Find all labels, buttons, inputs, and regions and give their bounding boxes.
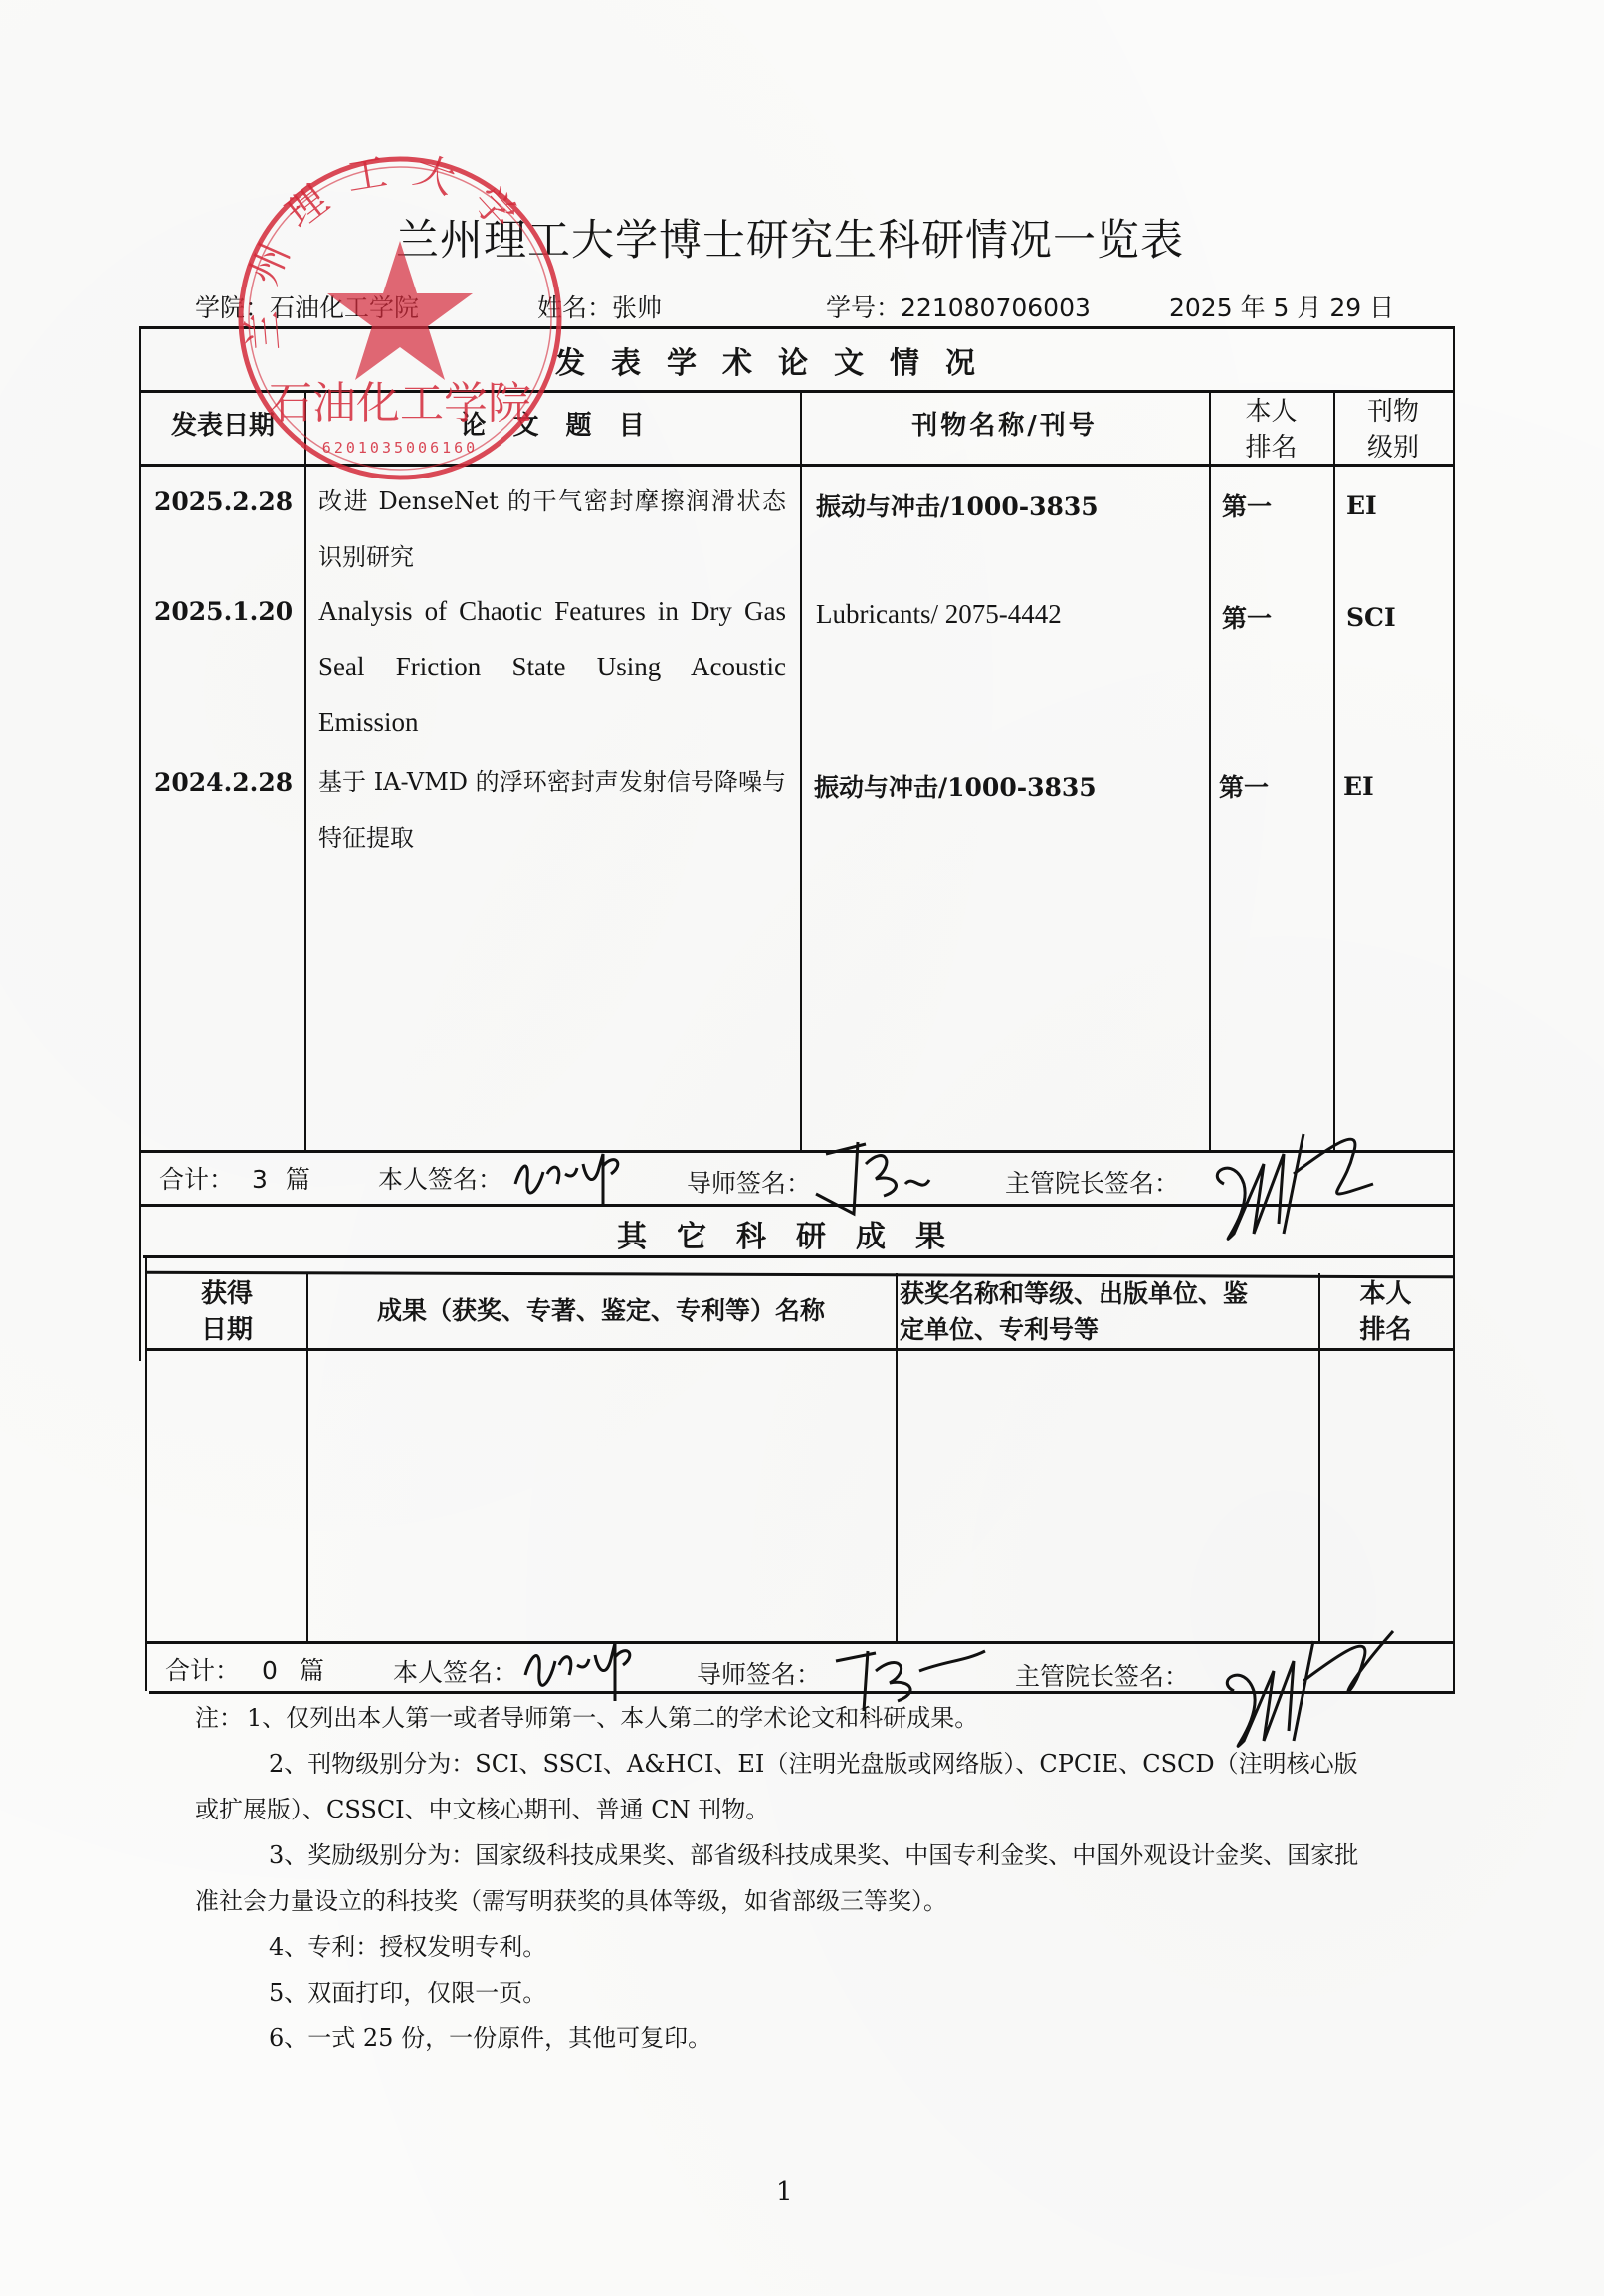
form-date: 2025 年 5 月 29 日 xyxy=(1169,288,1394,324)
paper-rank: 第一 xyxy=(1219,768,1269,804)
college-value: 石油化工学院 xyxy=(270,293,419,322)
paper-level: EI xyxy=(1343,772,1374,801)
table-border xyxy=(141,1204,1455,1207)
table-border xyxy=(139,390,1455,393)
other-total-count: 0 xyxy=(262,1656,278,1685)
table-border xyxy=(145,1348,1455,1351)
other-total: 合计： 0 篇 xyxy=(165,1651,324,1687)
table-border xyxy=(139,326,141,1361)
paper-rank: 第一 xyxy=(1222,487,1272,523)
paper-level: EI xyxy=(1346,491,1377,520)
dean-signature-label: 主管院长签名： xyxy=(1005,1164,1179,1200)
name-value: 张帅 xyxy=(612,293,662,322)
advisor-signature-label: 导师签名： xyxy=(687,1164,811,1200)
paper-date: 2024.2.28 xyxy=(154,768,293,797)
note-item: 1、仅列出本人第一或者导师第一、本人第二的学术论文和科研成果。 xyxy=(247,1695,1371,1741)
papers-section-title: 发表学术论文情况 xyxy=(555,338,1001,382)
page-number: 1 xyxy=(776,2177,793,2206)
header-obtained-date: 获得 日期 xyxy=(147,1276,306,1348)
column-divider xyxy=(1209,390,1211,1150)
paper-journal: 振动与冲击/1000-3835 xyxy=(814,768,1097,804)
student-id-field: 学号：221080706003 xyxy=(826,288,1091,324)
table-border xyxy=(1453,326,1455,1361)
name-field: 姓名：张帅 xyxy=(537,288,662,324)
dean-signature xyxy=(1194,1114,1413,1263)
header-author-rank: 本人 排名 xyxy=(1209,394,1333,466)
table-border xyxy=(149,1691,1455,1694)
paper-date: 2025.1.20 xyxy=(154,597,293,626)
advisor-signature-label: 导师签名： xyxy=(697,1655,821,1691)
table-border xyxy=(141,1150,1455,1153)
student-id-value: 221080706003 xyxy=(901,293,1091,322)
table-border xyxy=(1453,1255,1455,1693)
column-divider xyxy=(1333,390,1335,1150)
paper-journal: Lubricants/ 2075-4442 xyxy=(816,599,1062,630)
header-achievement-rank: 本人 排名 xyxy=(1318,1276,1453,1348)
note-item: 2、刊物级别分为：SCI、SSCI、A&HCI、EI（注明光盘版或网络版）、CP… xyxy=(195,1741,1374,1832)
header-publish-date: 发表日期 xyxy=(141,408,304,444)
papers-total: 合计： 3 篇 xyxy=(159,1160,310,1196)
note-item: 4、专利：授权发明专利。 xyxy=(269,1924,546,1970)
table-border xyxy=(143,1255,1455,1258)
college-field: 学院：石油化工学院 xyxy=(195,288,419,324)
column-divider xyxy=(896,1273,898,1641)
paper-level: SCI xyxy=(1346,603,1396,632)
papers-total-count: 3 xyxy=(252,1165,268,1194)
header-journal-level: 刊物 级别 xyxy=(1333,394,1453,466)
paper-date: 2025.2.28 xyxy=(154,487,293,516)
table-border xyxy=(139,326,1455,329)
column-divider xyxy=(800,390,802,1150)
note-item: 5、双面打印，仅限一页。 xyxy=(269,1970,546,2015)
paper-title: Analysis of Chaotic Features in Dry Gas … xyxy=(318,583,786,750)
header-paper-title: 论 文 题 目 xyxy=(304,408,800,444)
paper-title: 改进 DenseNet 的干气密封摩擦润滑状态识别研究 xyxy=(318,474,786,585)
paper-title: 基于 IA-VMD 的浮环密封声发射信号降噪与特征提取 xyxy=(318,754,786,865)
table-border xyxy=(147,1641,1455,1644)
college-label: 学院： xyxy=(195,293,270,322)
note-item: 6、一式 25 份，一份原件，其他可复印。 xyxy=(269,2015,711,2061)
self-signature-label: 本人签名： xyxy=(378,1160,502,1196)
header-award-details: 获奖名称和等级、出版单位、鉴 定单位、专利号等 xyxy=(900,1276,1317,1348)
document-title: 兰州理工大学博士研究生科研情况一览表 xyxy=(396,207,1184,268)
notes-prefix: 注： xyxy=(195,1695,243,1741)
column-divider xyxy=(304,390,306,1150)
student-id-label: 学号： xyxy=(826,293,901,322)
dean-signature-label: 主管院长签名： xyxy=(1015,1657,1189,1693)
paper-rank: 第一 xyxy=(1222,599,1272,635)
header-achievement-name: 成果（获奖、专著、鉴定、专利等）名称 xyxy=(306,1293,896,1329)
note-item: 3、奖励级别分为：国家级科技成果奖、部省级科技成果奖、中国专利金奖、中国外观设计… xyxy=(195,1832,1374,1924)
other-section-title: 其它科研成果 xyxy=(617,1212,975,1255)
self-signature-label: 本人签名： xyxy=(393,1653,517,1689)
name-label: 姓名： xyxy=(537,293,612,322)
header-journal: 刊物名称/刊号 xyxy=(800,408,1209,444)
paper-journal: 振动与冲击/1000-3835 xyxy=(816,487,1099,523)
